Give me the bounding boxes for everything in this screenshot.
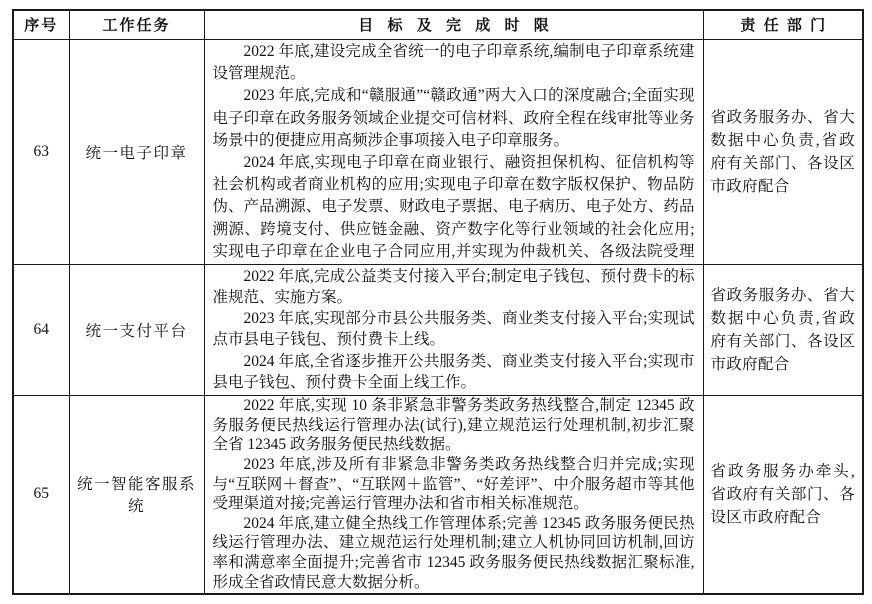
table-header-row: 序号 工作任务 目标及完成时限 责任部门	[13, 10, 863, 39]
task-name: 统一电子印章	[69, 39, 204, 264]
row-number: 63	[13, 39, 69, 264]
goal-paragraph: 2024 年底,全省逐步推开公共服务类、商业类支付接入平台;实现市县电子钱包、预…	[213, 351, 695, 394]
table-row: 64 统一支付平台 2022 年底,完成公益类支付接入平台;制定电子钱包、预付费…	[13, 264, 863, 395]
goals-text: 2022 年底,建设完成全省统一的电子印章系统,编制电子印章系统建设管理规范。 …	[213, 41, 695, 262]
task-name: 统一支付平台	[69, 264, 204, 395]
row-number: 65	[13, 395, 69, 594]
task-name: 统一智能客服系统	[69, 395, 204, 594]
task-table: 序号 工作任务 目标及完成时限 责任部门 63 统一电子印章 2022 年底,建…	[12, 9, 864, 595]
dept-cell: 省政务服务办牵头,省政府有关部门、各设区市政府配合	[703, 395, 863, 594]
goals-cell: 2022 年底,建设完成全省统一的电子印章系统,编制电子印章系统建设管理规范。 …	[204, 39, 703, 264]
goal-paragraph: 2022 年底,完成公益类支付接入平台;制定电子钱包、预付费卡的标准规范、实施方…	[213, 266, 695, 309]
goals-text: 2022 年底,完成公益类支付接入平台;制定电子钱包、预付费卡的标准规范、实施方…	[213, 266, 695, 394]
header-task: 工作任务	[69, 10, 204, 39]
goal-paragraph: 2022 年底,建设完成全省统一的电子印章系统,编制电子印章系统建设管理规范。	[213, 41, 695, 85]
goal-paragraph: 2022 年底,实现 10 条非紧急非警务类政务热线整合,制定 12345 政务…	[213, 396, 695, 455]
goal-paragraph: 2023 年底,涉及所有非紧急非警务类政务热线整合归并完成;实现与“互联网＋督查…	[213, 455, 695, 514]
row-number: 64	[13, 264, 69, 395]
header-goals: 目标及完成时限	[204, 10, 703, 39]
goal-paragraph: 2024 年底,实现电子印章在商业银行、融资担保机构、征信机构等社会机构或者商业…	[213, 152, 695, 262]
dept-cell: 省政务服务办、省大数据中心负责,省政府有关部门、各设区市政府配合	[703, 39, 863, 264]
header-dept: 责任部门	[703, 10, 863, 39]
dept-cell: 省政务服务办、省大数据中心负责,省政府有关部门、各设区市政府配合	[703, 264, 863, 395]
goal-paragraph: 2023 年底,实现部分市县公共服务类、商业类支付接入平台;实现试点市县电子钱包…	[213, 308, 695, 351]
table-row: 65 统一智能客服系统 2022 年底,实现 10 条非紧急非警务类政务热线整合…	[13, 395, 863, 594]
goals-cell: 2022 年底,完成公益类支付接入平台;制定电子钱包、预付费卡的标准规范、实施方…	[204, 264, 703, 395]
table-row: 63 统一电子印章 2022 年底,建设完成全省统一的电子印章系统,编制电子印章…	[13, 39, 863, 264]
goal-paragraph: 2024 年底,建立健全热线工作管理体系;完善 12345 政务服务便民热线运行…	[213, 514, 695, 592]
goals-text: 2022 年底,实现 10 条非紧急非警务类政务热线整合,制定 12345 政务…	[213, 396, 695, 592]
header-no: 序号	[13, 10, 69, 39]
goal-paragraph: 2023 年底,完成和“赣服通”“赣政通”两大入口的深度融合;全面实现电子印章在…	[213, 85, 695, 152]
document-page: 序号 工作任务 目标及完成时限 责任部门 63 统一电子印章 2022 年底,建…	[0, 0, 872, 604]
goals-cell: 2022 年底,实现 10 条非紧急非警务类政务热线整合,制定 12345 政务…	[204, 395, 703, 594]
